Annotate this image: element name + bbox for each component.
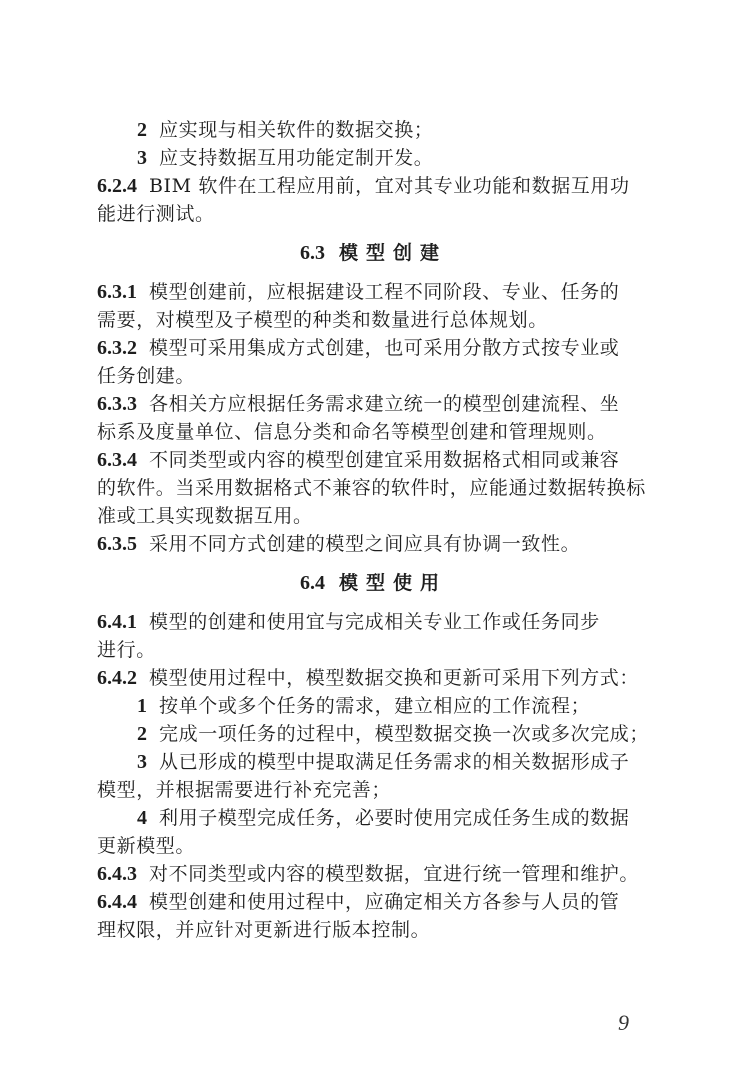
clause: 6.4.2模型使用过程中，模型数据交换和更新可采用下列方式： xyxy=(97,664,650,692)
clause: 6.3.2模型可采用集成方式创建，也可采用分散方式按专业或 xyxy=(97,334,650,362)
list-item: 2应实现与相关软件的数据交换； xyxy=(97,116,650,144)
item-number: 3 xyxy=(137,147,147,169)
section-heading: 6.3模型创建 xyxy=(97,239,650,267)
list-item: 4利用子模型完成任务，必要时使用完成任务生成的数据 xyxy=(97,804,650,832)
item-continuation: 更新模型。 xyxy=(97,832,650,860)
section-heading: 6.4模型使用 xyxy=(97,569,650,597)
clause: 6.3.4不同类型或内容的模型创建宜采用数据格式相同或兼容 xyxy=(97,446,650,474)
clause-number: 6.3.5 xyxy=(97,533,137,555)
clause-number: 6.2.4 xyxy=(97,175,137,197)
item-number: 1 xyxy=(137,695,147,717)
clause-text: 模型创建和使用过程中，应确定相关方各参与人员的管 xyxy=(149,891,619,913)
clause: 6.3.1模型创建前，应根据建设工程不同阶段、专业、任务的 xyxy=(97,278,650,306)
clause: 6.4.4模型创建和使用过程中，应确定相关方各参与人员的管 xyxy=(97,888,650,916)
clause-continuation: 标系及度量单位、信息分类和命名等模型创建和管理规则。 xyxy=(97,418,650,446)
item-text: 应支持数据互用功能定制开发。 xyxy=(159,147,433,169)
section-title: 模型使用 xyxy=(339,572,447,594)
clause-number: 6.3.1 xyxy=(97,281,137,303)
list-item: 2完成一项任务的过程中，模型数据交换一次或多次完成； xyxy=(97,720,650,748)
list-item: 3应支持数据互用功能定制开发。 xyxy=(97,144,650,172)
clause-text: BIM 软件在工程应用前，宜对其专业功能和数据互用功 xyxy=(149,175,630,197)
clause-continuation: 准或工具实现数据互用。 xyxy=(97,502,650,530)
clause: 6.4.1模型的创建和使用宜与完成相关专业工作或任务同步 xyxy=(97,608,650,636)
clause-number: 6.3.3 xyxy=(97,393,137,415)
clause-continuation: 能进行测试。 xyxy=(97,200,650,228)
clause-continuation: 需要，对模型及子模型的种类和数量进行总体规划。 xyxy=(97,306,650,334)
clause-text: 模型创建前，应根据建设工程不同阶段、专业、任务的 xyxy=(149,281,619,303)
list-item: 3从已形成的模型中提取满足任务需求的相关数据形成子 xyxy=(97,748,650,776)
clause-number: 6.3.4 xyxy=(97,449,137,471)
clause-text: 采用不同方式创建的模型之间应具有协调一致性。 xyxy=(149,533,580,555)
list-item: 1按单个或多个任务的需求，建立相应的工作流程； xyxy=(97,692,650,720)
clause-number: 6.4.1 xyxy=(97,611,137,633)
clause-number: 6.4.2 xyxy=(97,667,137,689)
clause: 6.2.4BIM 软件在工程应用前，宜对其专业功能和数据互用功 xyxy=(97,172,650,200)
clause-continuation: 理权限，并应针对更新进行版本控制。 xyxy=(97,916,650,944)
item-number: 3 xyxy=(137,751,147,773)
clause-continuation: 的软件。当采用数据格式不兼容的软件时，应能通过数据转换标 xyxy=(97,474,650,502)
document-page: 2应实现与相关软件的数据交换； 3应支持数据互用功能定制开发。 6.2.4BIM… xyxy=(97,116,650,944)
item-text: 利用子模型完成任务，必要时使用完成任务生成的数据 xyxy=(159,807,629,829)
page-number: 9 xyxy=(618,1010,629,1036)
clause-text: 对不同类型或内容的模型数据，宜进行统一管理和维护。 xyxy=(149,863,639,885)
clause-continuation: 进行。 xyxy=(97,636,650,664)
section-number: 6.3 xyxy=(300,242,325,264)
section-number: 6.4 xyxy=(300,572,325,594)
item-text: 从已形成的模型中提取满足任务需求的相关数据形成子 xyxy=(159,751,629,773)
clause-number: 6.4.4 xyxy=(97,891,137,913)
clause-text: 模型可采用集成方式创建，也可采用分散方式按专业或 xyxy=(149,337,619,359)
item-text: 按单个或多个任务的需求，建立相应的工作流程； xyxy=(159,695,590,717)
item-continuation: 模型，并根据需要进行补充完善； xyxy=(97,776,650,804)
item-number: 2 xyxy=(137,119,147,141)
clause-number: 6.3.2 xyxy=(97,337,137,359)
item-text: 应实现与相关软件的数据交换； xyxy=(159,119,433,141)
item-text: 完成一项任务的过程中，模型数据交换一次或多次完成； xyxy=(159,723,649,745)
clause: 6.4.3对不同类型或内容的模型数据，宜进行统一管理和维护。 xyxy=(97,860,650,888)
clause: 6.3.5采用不同方式创建的模型之间应具有协调一致性。 xyxy=(97,530,650,558)
clause-text: 模型使用过程中，模型数据交换和更新可采用下列方式： xyxy=(149,667,639,689)
clause: 6.3.3各相关方应根据任务需求建立统一的模型创建流程、坐 xyxy=(97,390,650,418)
section-title: 模型创建 xyxy=(339,242,447,264)
item-number: 4 xyxy=(137,807,147,829)
clause-number: 6.4.3 xyxy=(97,863,137,885)
clause-text: 不同类型或内容的模型创建宜采用数据格式相同或兼容 xyxy=(149,449,619,471)
item-number: 2 xyxy=(137,723,147,745)
clause-text: 各相关方应根据任务需求建立统一的模型创建流程、坐 xyxy=(149,393,619,415)
clause-text: 模型的创建和使用宜与完成相关专业工作或任务同步 xyxy=(149,611,600,633)
clause-continuation: 任务创建。 xyxy=(97,362,650,390)
